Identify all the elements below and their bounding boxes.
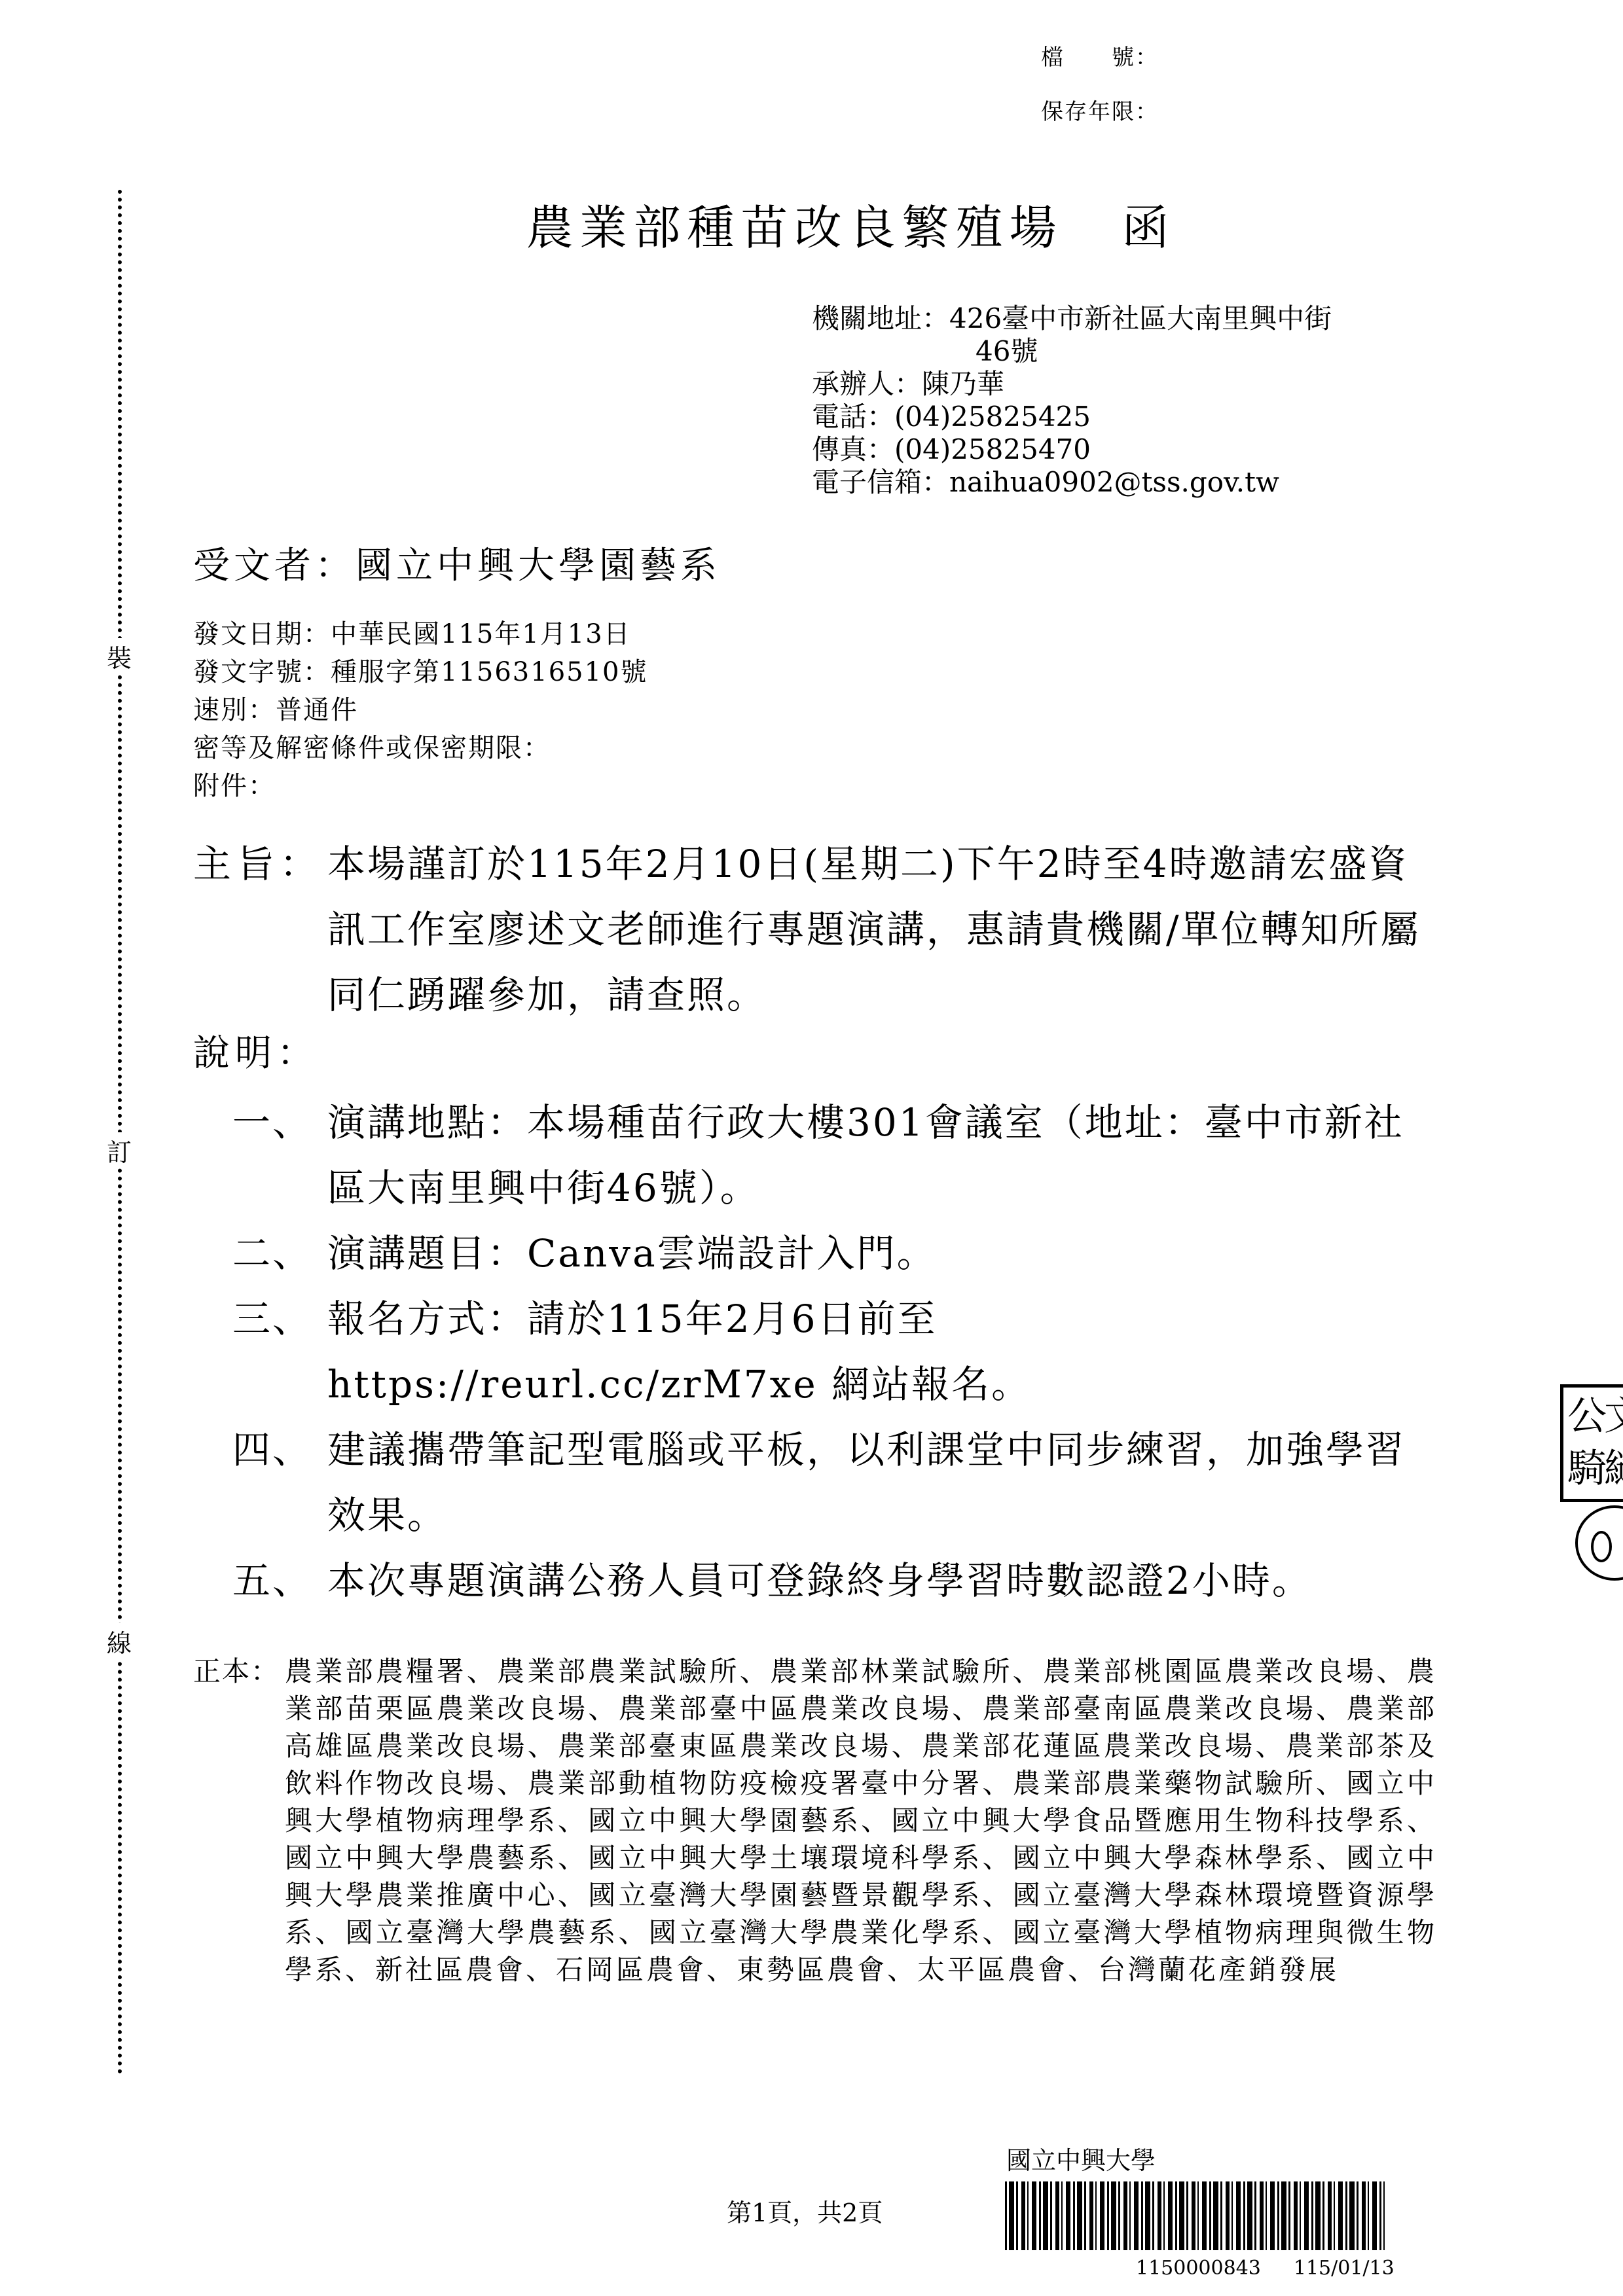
item-text: 本次專題演講公務人員可登錄終身學習時數認證2小時。 (327, 1548, 1437, 1613)
document-type: 函 (1122, 200, 1176, 255)
item-text: 演講題目：Canva雲端設計入門。 (327, 1221, 1437, 1286)
fax: 傳真：(04)25825470 (812, 433, 1332, 466)
item-number: 五、 (232, 1548, 312, 1613)
handler: 承辦人：陳乃華 (812, 368, 1332, 401)
classification: 密等及解密條件或保密期限： (193, 729, 648, 767)
explanation-item-1: 一、演講地點：本場種苗行政大樓301會議室（地址：臺中市新社區大南里興中街46號… (232, 1090, 1437, 1221)
official-seal-stamp: 公文騎縫 (1557, 1384, 1623, 1581)
email: 電子信箱：naihua0902@tss.gov.tw (812, 466, 1332, 499)
explanation-item-3: 三、報名方式：請於115年2月6日前至 https://reurl.cc/zrM… (232, 1286, 1437, 1417)
file-number-label: 檔 號： (1041, 39, 1159, 71)
document-meta: 發文日期：中華民國115年1月13日 發文字號：種服字第1156316510號 … (193, 615, 648, 805)
agency-name: 農業部種苗改良繁殖場 (526, 200, 1063, 255)
item-number: 一、 (232, 1090, 312, 1155)
barcode-date: 115/01/13 (1294, 2257, 1395, 2280)
explanation-list: 一、演講地點：本場種苗行政大樓301會議室（地址：臺中市新社區大南里興中街46號… (232, 1090, 1437, 1613)
document-title: 農業部種苗改良繁殖場函 (0, 190, 1623, 258)
issue-date: 發文日期：中華民國115年1月13日 (193, 615, 648, 653)
attachment: 附件： (193, 767, 648, 805)
subject-text: 本場謹訂於115年2月10日(星期二)下午2時至4時邀請宏盛資訊工作室廖述文老師… (327, 831, 1437, 1028)
item-text: 報名方式：請於115年2月6日前至 https://reurl.cc/zrM7x… (327, 1286, 1437, 1417)
explanation-item-2: 二、演講題目：Canva雲端設計入門。 (232, 1221, 1437, 1286)
address-row: 機關地址：426臺中市新社區大南里興中街 (812, 302, 1332, 335)
barcode-number: 1150000843 (1136, 2257, 1261, 2280)
binding-mark-zhuang: 裝 (105, 638, 134, 674)
barcode-block: 國立中興大學 1150000843115/01/13 (1005, 2140, 1385, 2280)
barcode-numbers: 1150000843115/01/13 (1005, 2257, 1385, 2280)
item-number: 四、 (232, 1417, 312, 1482)
contact-block: 機關地址：426臺中市新社區大南里興中街 46號 承辦人：陳乃華 電話：(04)… (812, 302, 1332, 499)
address-label: 機關地址： (812, 302, 949, 334)
item-text: 建議攜帶筆記型電腦或平板，以利課堂中同步練習，加強學習效果。 (327, 1417, 1437, 1548)
cc-section: 正本： 農業部農糧署、農業部農業試驗所、農業部林業試驗所、農業部桃園區農業改良場… (193, 1653, 1437, 1988)
barcode-icon (1005, 2181, 1385, 2250)
binding-mark-ding: 訂 (105, 1132, 134, 1168)
binding-mark-xian: 線 (105, 1623, 134, 1659)
cc-recipients: 農業部農糧署、農業部農業試驗所、農業部林業試驗所、農業部桃園區農業改良場、農業部… (285, 1653, 1437, 1988)
page-indicator: 第1頁，共2頁 (727, 2193, 883, 2229)
barcode-organization: 國立中興大學 (1006, 2140, 1385, 2176)
item-text: 演講地點：本場種苗行政大樓301會議室（地址：臺中市新社區大南里興中街46號）。 (327, 1090, 1437, 1221)
cc-label: 正本： (193, 1653, 280, 1690)
explanation-item-5: 五、本次專題演講公務人員可登錄終身學習時數認證2小時。 (232, 1548, 1437, 1613)
address-line-2: 46號 (812, 335, 1332, 368)
explanation-label: 說明： (193, 1024, 319, 1077)
seal-square-icon: 公文騎縫 (1560, 1384, 1623, 1502)
subject-label: 主旨： (193, 831, 323, 897)
document-number: 發文字號：種服字第1156316510號 (193, 653, 648, 691)
item-number: 三、 (232, 1286, 312, 1352)
seal-oval-icon (1575, 1505, 1623, 1581)
subject-section: 主旨： 本場謹訂於115年2月10日(星期二)下午2時至4時邀請宏盛資訊工作室廖… (193, 831, 1437, 1028)
retention-period-label: 保存年限： (1041, 94, 1159, 126)
address-line-1: 426臺中市新社區大南里興中街 (949, 302, 1332, 334)
phone: 電話：(04)25825425 (812, 401, 1332, 433)
explanation-item-4: 四、建議攜帶筆記型電腦或平板，以利課堂中同步練習，加強學習效果。 (232, 1417, 1437, 1548)
item-number: 二、 (232, 1221, 312, 1286)
binding-line: 裝 訂 線 (117, 190, 123, 2088)
speed-class: 速別：普通件 (193, 691, 648, 729)
recipient: 受文者：國立中興大學園藝系 (193, 537, 721, 589)
